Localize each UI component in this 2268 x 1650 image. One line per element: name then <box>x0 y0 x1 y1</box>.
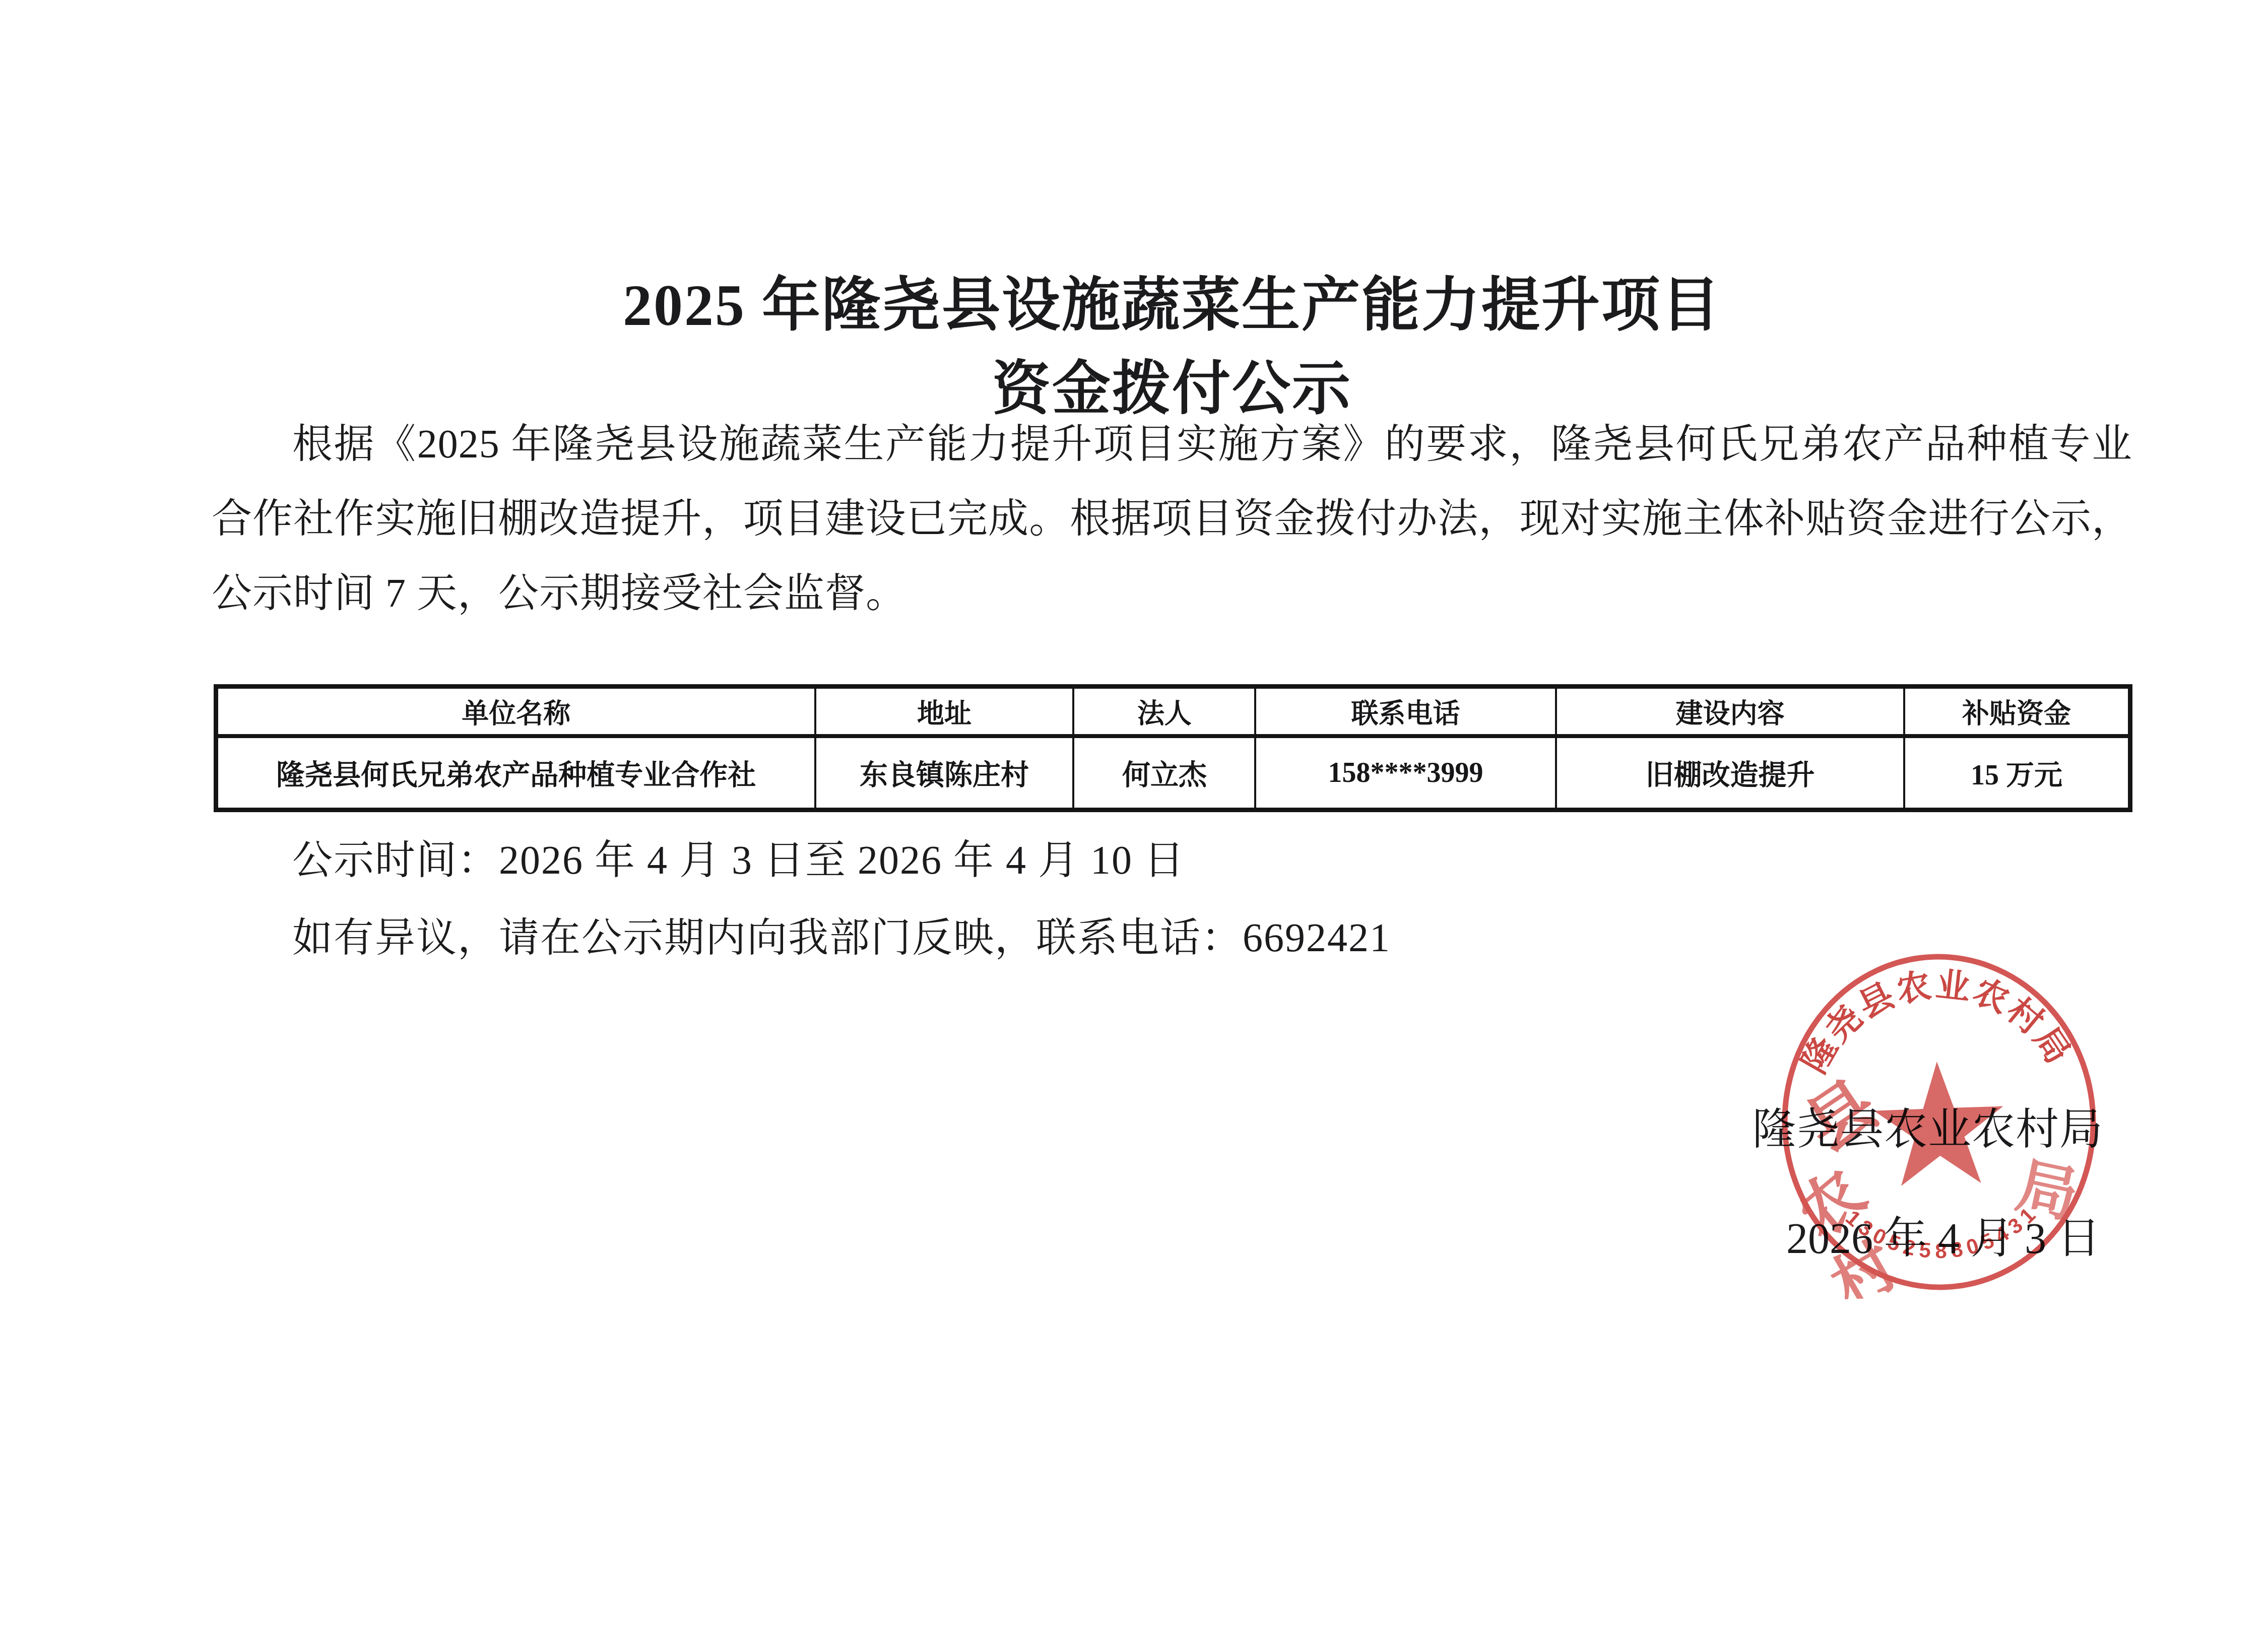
intro-paragraph: 根据《2025 年隆尧县设施蔬菜生产能力提升项目实施方案》的要求，隆尧县何氏兄弟… <box>212 407 2132 631</box>
cell-legal-person: 何立杰 <box>1073 736 1255 810</box>
header-construction: 建设内容 <box>1556 687 1904 737</box>
seal-ghost-char-1: 县 <box>1793 1067 1890 1165</box>
seal-star <box>1872 1060 2005 1187</box>
subsidy-table: 单位名称 地址 法人 联系电话 建设内容 补贴资金 隆尧县何氏兄弟农产品种植专业… <box>214 684 2132 812</box>
table-header-row: 单位名称 地址 法人 联系电话 建设内容 补贴资金 <box>216 687 2130 737</box>
publicity-period-line: 公示时间：2026 年 4 月 3 日至 2026 年 4 月 10 日 <box>212 827 2132 885</box>
header-phone: 联系电话 <box>1255 687 1556 737</box>
document-page: 2025 年隆尧县设施蔬菜生产能力提升项目 资金拨付公示 根据《2025 年隆尧… <box>0 0 2268 1650</box>
header-unit-name: 单位名称 <box>216 687 815 737</box>
header-subsidy: 补贴资金 <box>1904 687 2130 737</box>
seal-arc-text: 隆尧县农业农村局 <box>1792 960 2080 1081</box>
header-legal-person: 法人 <box>1073 687 1255 737</box>
svg-text:隆尧县农业农村局: 隆尧县农业农村局 <box>1792 960 2080 1081</box>
cell-construction: 旧棚改造提升 <box>1556 736 1904 810</box>
cell-unit-name: 隆尧县何氏兄弟农产品种植专业合作社 <box>216 736 815 810</box>
table-row: 隆尧县何氏兄弟农产品种植专业合作社 东良镇陈庄村 何立杰 158****3999… <box>216 736 2130 810</box>
cell-subsidy: 15 万元 <box>1904 736 2130 810</box>
document-title-line-1: 2025 年隆尧县设施蔬菜生产能力提升项目 <box>212 258 2132 342</box>
cell-phone: 158****3999 <box>1255 736 1556 810</box>
header-address: 地址 <box>815 687 1074 737</box>
official-seal: 县 农 村 局 隆尧县农业农村局 1305258805431 <box>1768 943 2110 1301</box>
cell-address: 东良镇陈庄村 <box>815 736 1074 810</box>
